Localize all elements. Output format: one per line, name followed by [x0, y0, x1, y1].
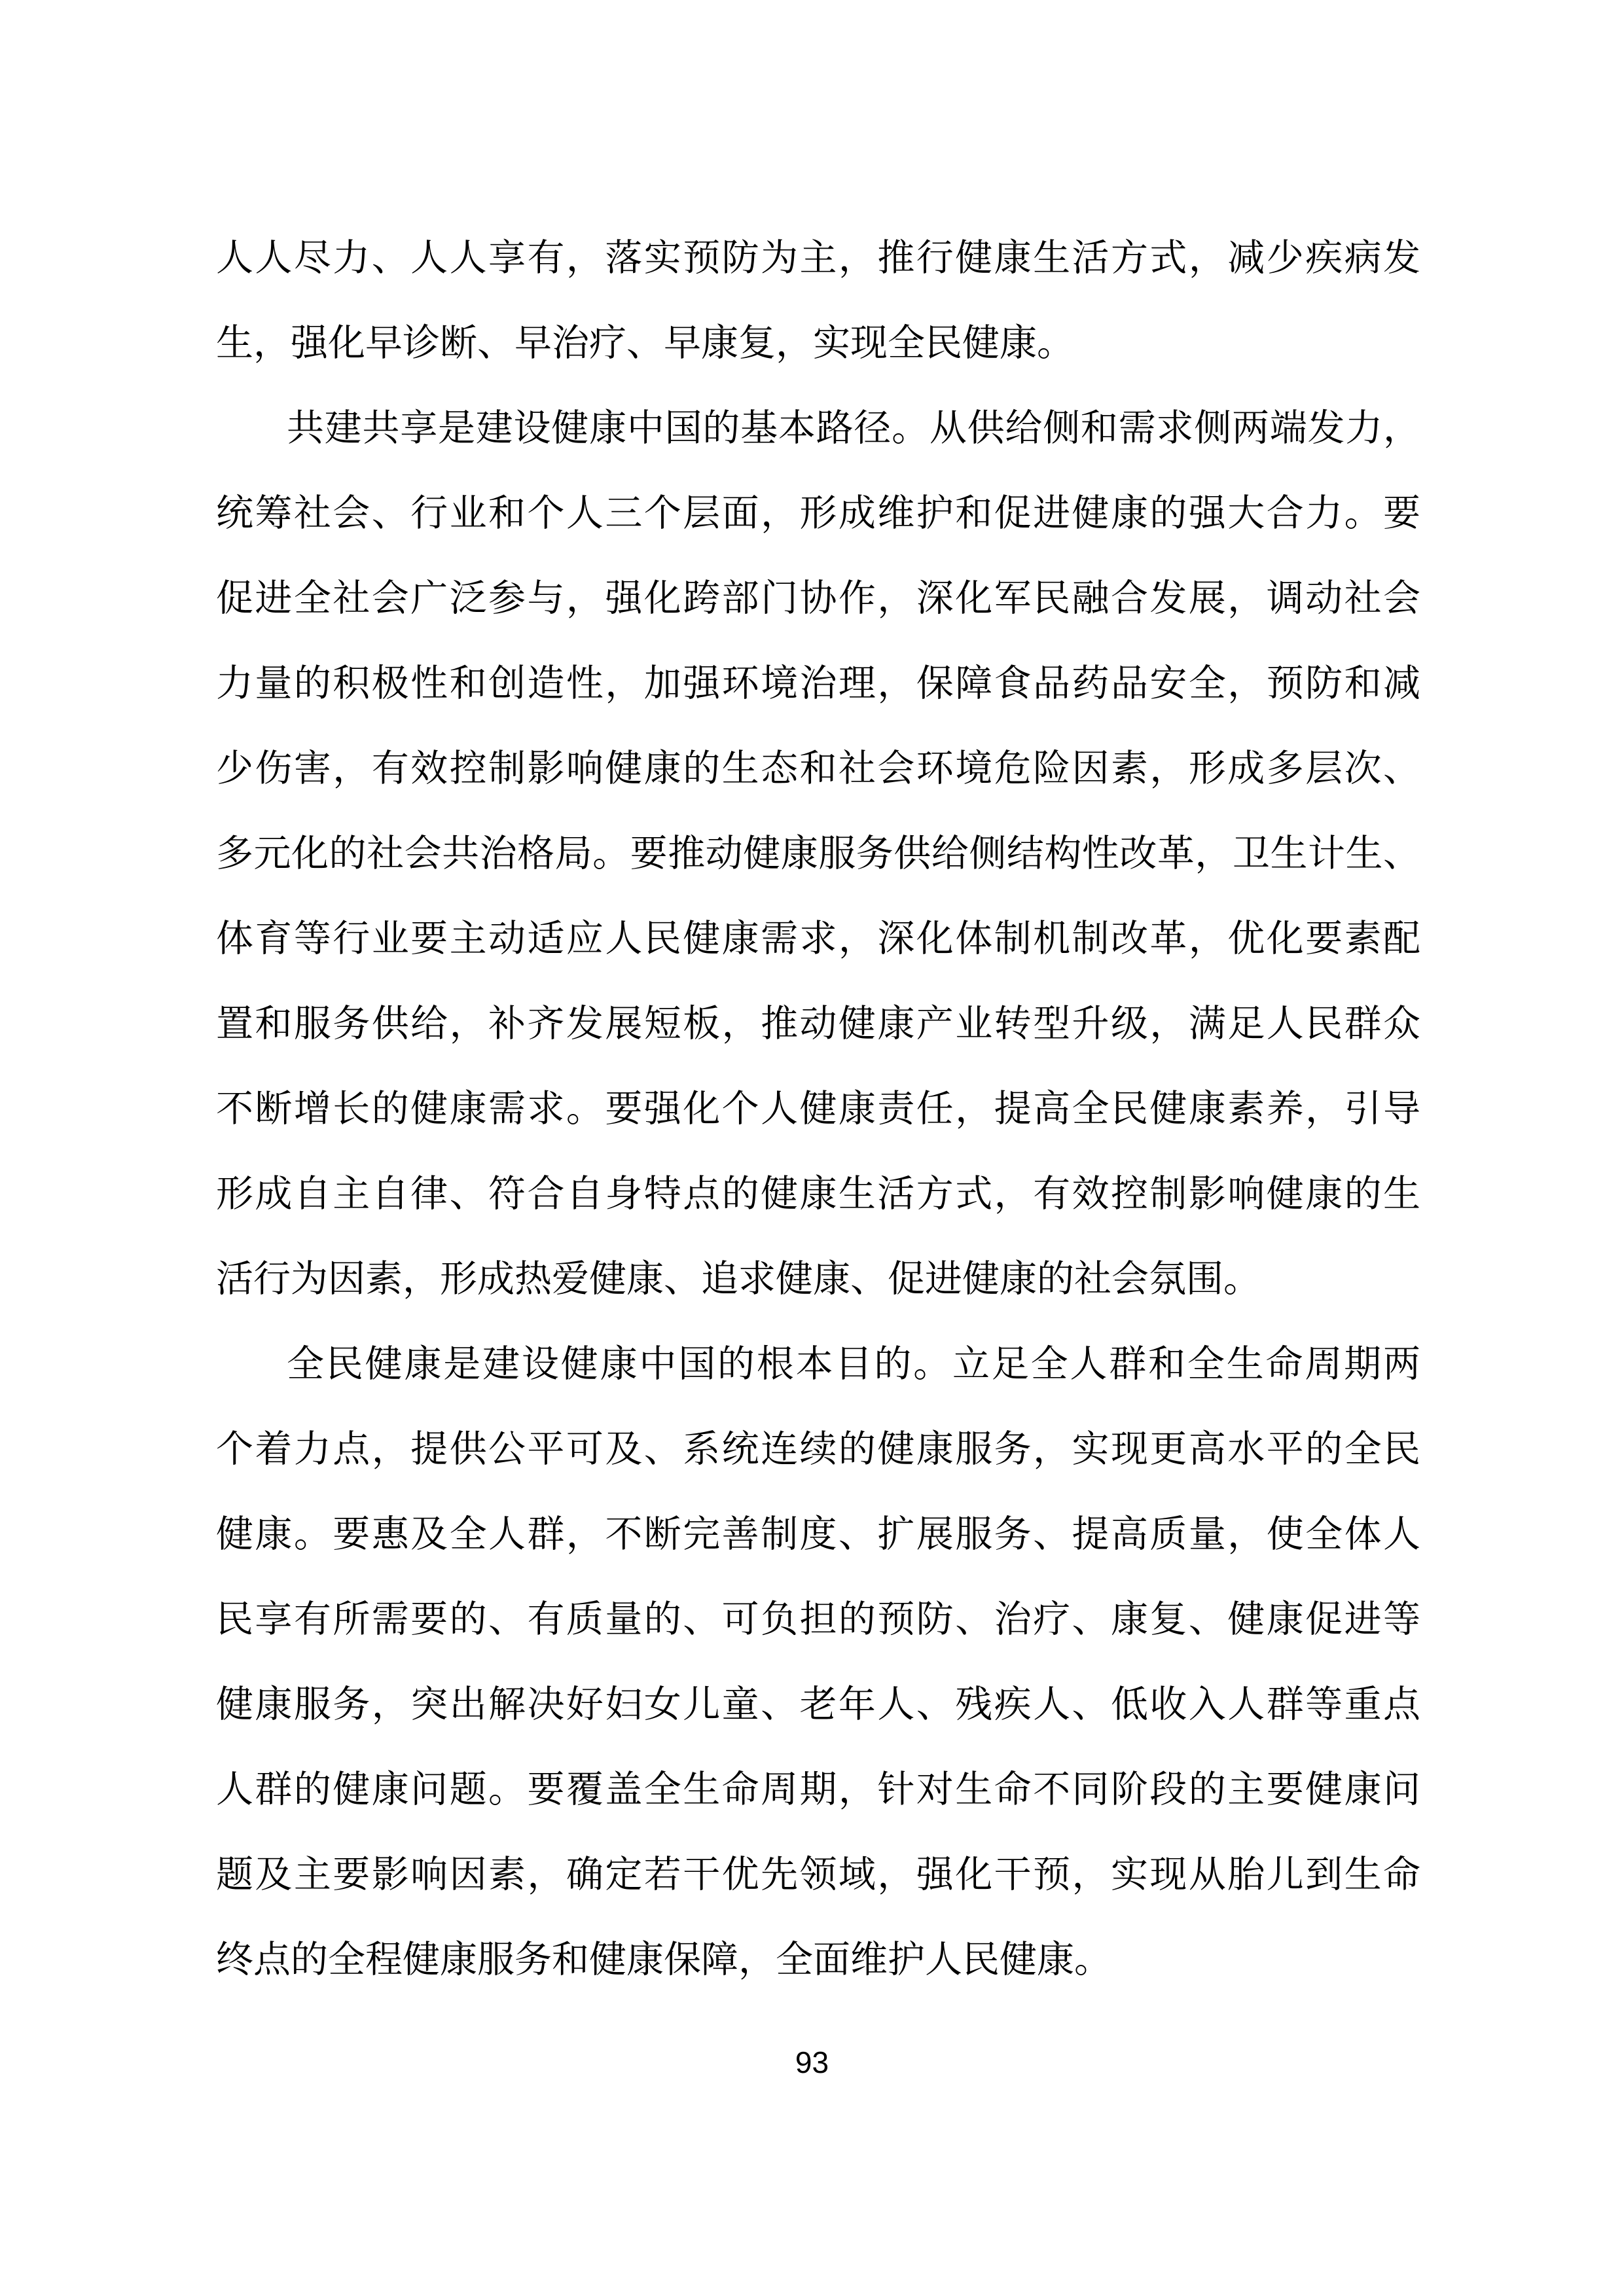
paragraph: 共建共享是建设健康中国的基本路径。从供给侧和需求侧两端发力，统筹社会、行业和个人… [216, 386, 1420, 1322]
text-line: 统筹社会、行业和个人三个层面，形成维护和促进健康的强大合力。要 [216, 471, 1420, 556]
text-line: 终点的全程健康服务和健康保障，全面维护人民健康。 [216, 1918, 1420, 2003]
text-line: 置和服务供给，补齐发展短板，推动健康产业转型升级，满足人民群众 [216, 982, 1420, 1067]
text-line: 共建共享是建设健康中国的基本路径。从供给侧和需求侧两端发力， [216, 386, 1420, 471]
text-line: 促进全社会广泛参与，强化跨部门协作，深化军民融合发展，调动社会 [216, 556, 1420, 641]
page-number: 93 [795, 2045, 829, 2079]
document-page: 人人尽力、人人享有，落实预防为主，推行健康生活方式，减少疾病发生，强化早诊断、早… [0, 0, 1624, 2296]
text-line: 民享有所需要的、有质量的、可负担的预防、治疗、康复、健康促进等 [216, 1577, 1420, 1662]
paragraph: 人人尽力、人人享有，落实预防为主，推行健康生活方式，减少疾病发生，强化早诊断、早… [216, 216, 1420, 386]
page-body-text: 人人尽力、人人享有，落实预防为主，推行健康生活方式，减少疾病发生，强化早诊断、早… [216, 216, 1420, 2003]
text-line: 题及主要影响因素，确定若干优先领域，强化干预，实现从胎儿到生命 [216, 1833, 1420, 1918]
text-line: 人群的健康问题。要覆盖全生命周期，针对生命不同阶段的主要健康问 [216, 1748, 1420, 1833]
text-line: 力量的积极性和创造性，加强环境治理，保障食品药品安全，预防和减 [216, 641, 1420, 726]
text-line: 形成自主自律、符合自身特点的健康生活方式，有效控制影响健康的生 [216, 1152, 1420, 1237]
text-line: 健康。要惠及全人群，不断完善制度、扩展服务、提高质量，使全体人 [216, 1492, 1420, 1577]
text-line: 健康服务，突出解决好妇女儿童、老年人、残疾人、低收入人群等重点 [216, 1662, 1420, 1748]
text-line: 不断增长的健康需求。要强化个人健康责任，提高全民健康素养，引导 [216, 1067, 1420, 1152]
text-line: 个着力点，提供公平可及、系统连续的健康服务，实现更高水平的全民 [216, 1407, 1420, 1492]
text-line: 生，强化早诊断、早治疗、早康复，实现全民健康。 [216, 301, 1420, 386]
text-line: 人人尽力、人人享有，落实预防为主，推行健康生活方式，减少疾病发 [216, 216, 1420, 301]
text-line: 少伤害，有效控制影响健康的生态和社会环境危险因素，形成多层次、 [216, 726, 1420, 812]
paragraph: 全民健康是建设健康中国的根本目的。立足全人群和全生命周期两个着力点，提供公平可及… [216, 1322, 1420, 2003]
text-line: 活行为因素，形成热爱健康、追求健康、促进健康的社会氛围。 [216, 1237, 1420, 1322]
text-line: 体育等行业要主动适应人民健康需求，深化体制机制改革，优化要素配 [216, 897, 1420, 982]
text-line: 全民健康是建设健康中国的根本目的。立足全人群和全生命周期两 [216, 1322, 1420, 1407]
page-footer: 93 [0, 2047, 1624, 2077]
text-line: 多元化的社会共治格局。要推动健康服务供给侧结构性改革，卫生计生、 [216, 812, 1420, 897]
